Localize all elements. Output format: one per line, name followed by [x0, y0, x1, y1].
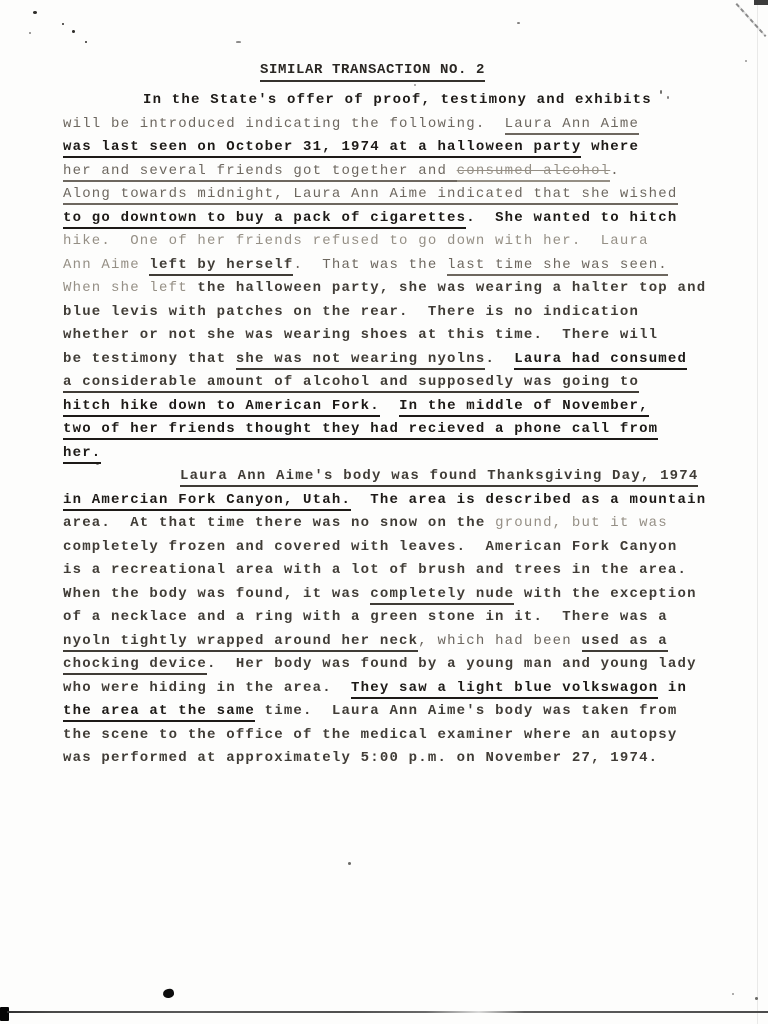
text-line: two of her friends thought they had reci… — [63, 418, 723, 442]
text-segment: . That was the — [293, 257, 447, 274]
text-segment: where — [581, 139, 639, 156]
paper-speck — [732, 993, 734, 995]
document-heading-row: SIMILAR TRANSACTION NO. 2 — [63, 60, 723, 89]
text-segment: completely frozen and covered with leave… — [63, 539, 678, 556]
text-line: will be introduced indicating the follow… — [63, 113, 723, 137]
text-segment: , which had been — [418, 633, 581, 650]
text-segment: The area is described as a mountain — [351, 492, 706, 509]
text-segment: . — [610, 163, 620, 180]
text-line: Laura Ann Aime's body was found Thanksgi… — [63, 465, 723, 489]
ink-blot-dot — [162, 988, 175, 999]
paper-speck — [517, 22, 520, 24]
text-segment: be testimony that — [63, 351, 236, 368]
text-segment: completely nude — [370, 586, 514, 605]
paper-speck — [29, 32, 31, 34]
text-line: a considerable amount of alcohol and sup… — [63, 371, 723, 395]
paper-speck — [236, 41, 241, 43]
text-segment: will be introduced indicating the follow… — [63, 116, 505, 133]
text-segment: nyoln tightly wrapped around her neck — [63, 633, 418, 652]
bottom-scan-line — [7, 1011, 768, 1013]
paper-speck — [745, 60, 747, 62]
text-segment: chocking device — [63, 656, 207, 675]
text-line: was last seen on October 31, 1974 at a h… — [63, 136, 723, 160]
text-segment: the halloween party, she was wearing a h… — [188, 280, 706, 297]
text-segment: In the State's offer of proof, testimony… — [143, 92, 652, 109]
text-line: in Amercian Fork Canyon, Utah. The area … — [63, 489, 723, 513]
paper-speck — [72, 30, 75, 33]
document-content: SIMILAR TRANSACTION NO. 2 In the State's… — [63, 60, 723, 771]
text-segment: area. At that time there was no snow on … — [63, 515, 495, 532]
text-line: area. At that time there was no snow on … — [63, 512, 723, 536]
text-segment: who were hiding in the area. — [63, 680, 351, 697]
text-line: In the State's offer of proof, testimony… — [63, 89, 723, 113]
text-line: completely frozen and covered with leave… — [63, 536, 723, 560]
text-line: whether or not she was wearing shoes at … — [63, 324, 723, 348]
text-segment: was last seen on October 31, 1974 at a h… — [63, 139, 581, 158]
top-right-scanner-streak — [736, 3, 767, 37]
paper-speck — [85, 41, 87, 43]
text-segment: . Her body was found by a young man and … — [207, 656, 697, 673]
text-segment: time. Laura Ann Aime's body was taken fr… — [255, 703, 677, 720]
text-line: the scene to the office of the medical e… — [63, 724, 723, 748]
text-line: Ann Aime left by herself. That was the l… — [63, 254, 723, 278]
text-segment: When she left — [63, 280, 188, 297]
text-line: who were hiding in the area. They saw a … — [63, 677, 723, 701]
text-line: to go downtown to buy a pack of cigarett… — [63, 207, 723, 231]
text-segment: Laura Ann Aime's body was found Thanksgi… — [180, 468, 698, 487]
paper-speck — [348, 862, 351, 865]
text-segment: the area at the same — [63, 703, 255, 722]
text-segment: she was not wearing nyolns — [236, 351, 486, 370]
text-segment: . She wanted to hitch — [466, 210, 677, 227]
right-edge-scan-line — [757, 0, 758, 1024]
text-line: of a necklace and a ring with a green st… — [63, 606, 723, 630]
text-segment: of a necklace and a ring with a green st… — [63, 609, 668, 626]
text-segment: two of her friends thought they had reci… — [63, 421, 658, 440]
text-segment: consumed alcohol — [457, 163, 611, 182]
text-segment: last time she was seen. — [447, 257, 668, 276]
text-segment: whether or not she was wearing shoes at … — [63, 327, 658, 344]
text-line: was performed at approximately 5:00 p.m.… — [63, 747, 723, 771]
text-segment: her and several friends got together and — [63, 163, 457, 182]
text-line: hitch hike down to American Fork. In the… — [63, 395, 723, 419]
text-line: is a recreational area with a lot of bru… — [63, 559, 723, 583]
text-segment: in Amercian Fork Canyon, Utah. — [63, 492, 351, 511]
text-segment: They saw a light blue volkswagon — [351, 680, 658, 699]
text-segment: in — [658, 680, 687, 697]
text-segment: her. — [63, 445, 101, 464]
text-line: the area at the same time. Laura Ann Aim… — [63, 700, 723, 724]
bottom-left-ink-mark — [0, 1007, 9, 1021]
text-segment: In the middle of November, — [399, 398, 649, 417]
paper-speck — [33, 11, 37, 14]
text-segment: ground, but it was — [495, 515, 668, 532]
text-segment — [380, 398, 399, 415]
text-segment: to go downtown to buy a pack of cigarett… — [63, 210, 466, 229]
paper-speck — [62, 23, 64, 25]
text-segment: blue levis with patches on the rear. The… — [63, 304, 639, 321]
text-segment: was performed at approximately 5:00 p.m.… — [63, 750, 658, 767]
text-segment: Laura had consumed — [514, 351, 687, 370]
text-line: When she left the halloween party, she w… — [63, 277, 723, 301]
text-segment: a considerable amount of alcohol and sup… — [63, 374, 639, 393]
text-segment: used as a — [582, 633, 668, 652]
text-segment: Ann Aime — [63, 257, 149, 274]
text-line: hike. One of her friends refused to go d… — [63, 230, 723, 254]
text-line: Along towards midnight, Laura Ann Aime i… — [63, 183, 723, 207]
document-body: In the State's offer of proof, testimony… — [63, 89, 723, 771]
text-segment: Laura Ann Aime — [505, 116, 639, 135]
text-segment: with the exception — [514, 586, 696, 603]
document-heading: SIMILAR TRANSACTION NO. 2 — [260, 62, 485, 82]
text-segment: is a recreational area with a lot of bru… — [63, 562, 687, 579]
text-segment: hitch hike down to American Fork. — [63, 398, 380, 417]
text-line: her and several friends got together and… — [63, 160, 723, 184]
text-line: her. — [63, 442, 723, 466]
text-line: When the body was found, it was complete… — [63, 583, 723, 607]
text-line: be testimony that she was not wearing ny… — [63, 348, 723, 372]
scanned-document-page: SIMILAR TRANSACTION NO. 2 In the State's… — [0, 0, 768, 1024]
text-segment: the scene to the office of the medical e… — [63, 727, 678, 744]
text-segment: hike. One of her friends refused to go d… — [63, 233, 649, 250]
text-line: nyoln tightly wrapped around her neck, w… — [63, 630, 723, 654]
text-segment: . — [485, 351, 514, 368]
text-segment: Along towards midnight, Laura Ann Aime i… — [63, 186, 678, 205]
text-segment: When the body was found, it was — [63, 586, 370, 603]
text-line: blue levis with patches on the rear. The… — [63, 301, 723, 325]
text-line: chocking device. Her body was found by a… — [63, 653, 723, 677]
text-segment: left by herself — [149, 257, 293, 276]
